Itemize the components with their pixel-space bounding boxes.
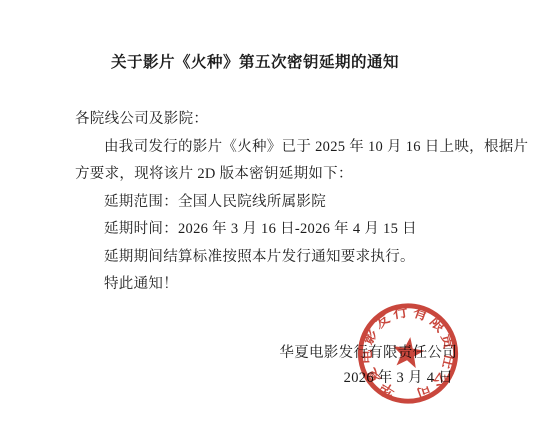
notice-title: 关于影片《火种》第五次密钥延期的通知 [0,50,510,72]
body-line: 方要求，现将该片 2D 版本密钥延期如下： [75,161,475,189]
salutation-line: 各院线公司及影院： [75,106,475,134]
body-line-closing: 特此通知！ [75,271,475,299]
body-line: 由我司发行的影片《火种》已于 2025 年 10 月 16 日上映，根据片 [75,134,475,162]
body-line-settlement: 延期期间结算标准按照本片发行通知要求执行。 [75,244,475,272]
company-seal: 华夏电影发行有限责任公司 [344,293,472,415]
body-line-extension-period: 延期时间：2026 年 3 月 16 日-2026 年 4 月 15 日 [75,216,475,244]
body-line-extension-scope: 延期范围：全国人民院线所属影院 [75,189,475,217]
notice-body: 各院线公司及影院： 由我司发行的影片《火种》已于 2025 年 10 月 16 … [75,106,475,299]
seal-star-icon [391,335,426,369]
notice-document: 关于影片《火种》第五次密钥延期的通知 各院线公司及影院： 由我司发行的影片《火种… [0,0,533,422]
